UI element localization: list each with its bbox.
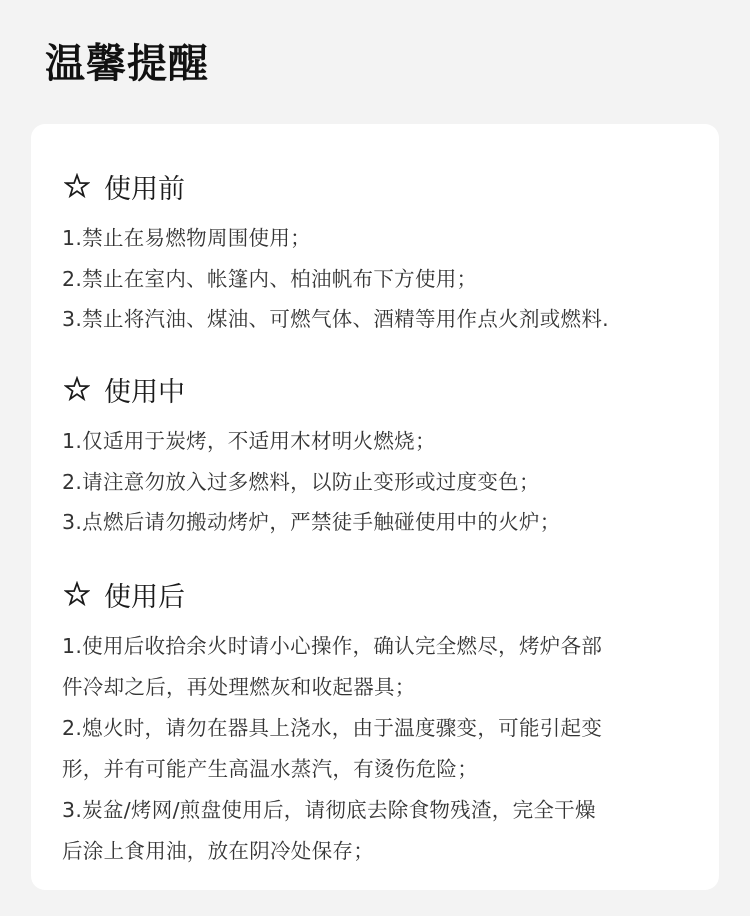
list-item: 3.炭盆/烤网/煎盘使用后，请彻底去除食物残渣，完全干燥 — [62, 790, 702, 831]
list-item: 后涂上食用油，放在阴冷处保存； — [62, 831, 702, 872]
section-heading: 使用后 — [62, 574, 702, 614]
list-item: 2.熄火时，请勿在器具上浇水，由于温度骤变，可能引起变 — [62, 708, 702, 749]
list-item: 形，并有可能产生高温水蒸汽，有烫伤危险； — [62, 749, 702, 790]
list-item: 1.仅适用于炭烤，不适用木材明火燃烧； — [62, 421, 702, 462]
list-item: 3.禁止将汽油、煤油、可燃气体、酒精等用作点火剂或燃料. — [62, 299, 702, 340]
list-item: 2.请注意勿放入过多燃料，以防止变形或过度变色； — [62, 462, 702, 503]
page-title: 温馨提醒 — [45, 38, 209, 90]
star-outline-icon — [64, 581, 90, 607]
section-during-use: 使用中 1.仅适用于炭烤，不适用木材明火燃烧； 2.请注意勿放入过多燃料，以防止… — [62, 369, 702, 543]
list-item: 1.使用后收拾余火时请小心操作，确认完全燃尽，烤炉各部 — [62, 626, 702, 667]
section-heading-label: 使用中 — [104, 370, 185, 409]
list-item: 1.禁止在易燃物周围使用； — [62, 218, 702, 259]
section-heading: 使用前 — [62, 166, 702, 206]
section-heading: 使用中 — [62, 369, 702, 409]
list-item: 件冷却之后，再处理燃灰和收起器具； — [62, 667, 702, 708]
section-before-use: 使用前 1.禁止在易燃物周围使用； 2.禁止在室内、帐篷内、柏油帆布下方使用； … — [62, 166, 702, 340]
section-lines: 1.禁止在易燃物周围使用； 2.禁止在室内、帐篷内、柏油帆布下方使用； 3.禁止… — [62, 218, 702, 340]
reminder-card: 使用前 1.禁止在易燃物周围使用； 2.禁止在室内、帐篷内、柏油帆布下方使用； … — [31, 124, 719, 890]
list-item: 3.点燃后请勿搬动烤炉，严禁徒手触碰使用中的火炉； — [62, 502, 702, 543]
section-lines: 1.仅适用于炭烤，不适用木材明火燃烧； 2.请注意勿放入过多燃料，以防止变形或过… — [62, 421, 702, 543]
section-heading-label: 使用后 — [104, 575, 185, 614]
section-lines: 1.使用后收拾余火时请小心操作，确认完全燃尽，烤炉各部 件冷却之后，再处理燃灰和… — [62, 626, 702, 872]
section-heading-label: 使用前 — [104, 167, 185, 206]
star-outline-icon — [64, 376, 90, 402]
section-after-use: 使用后 1.使用后收拾余火时请小心操作，确认完全燃尽，烤炉各部 件冷却之后，再处… — [62, 574, 702, 872]
list-item: 2.禁止在室内、帐篷内、柏油帆布下方使用； — [62, 259, 702, 300]
star-outline-icon — [64, 173, 90, 199]
